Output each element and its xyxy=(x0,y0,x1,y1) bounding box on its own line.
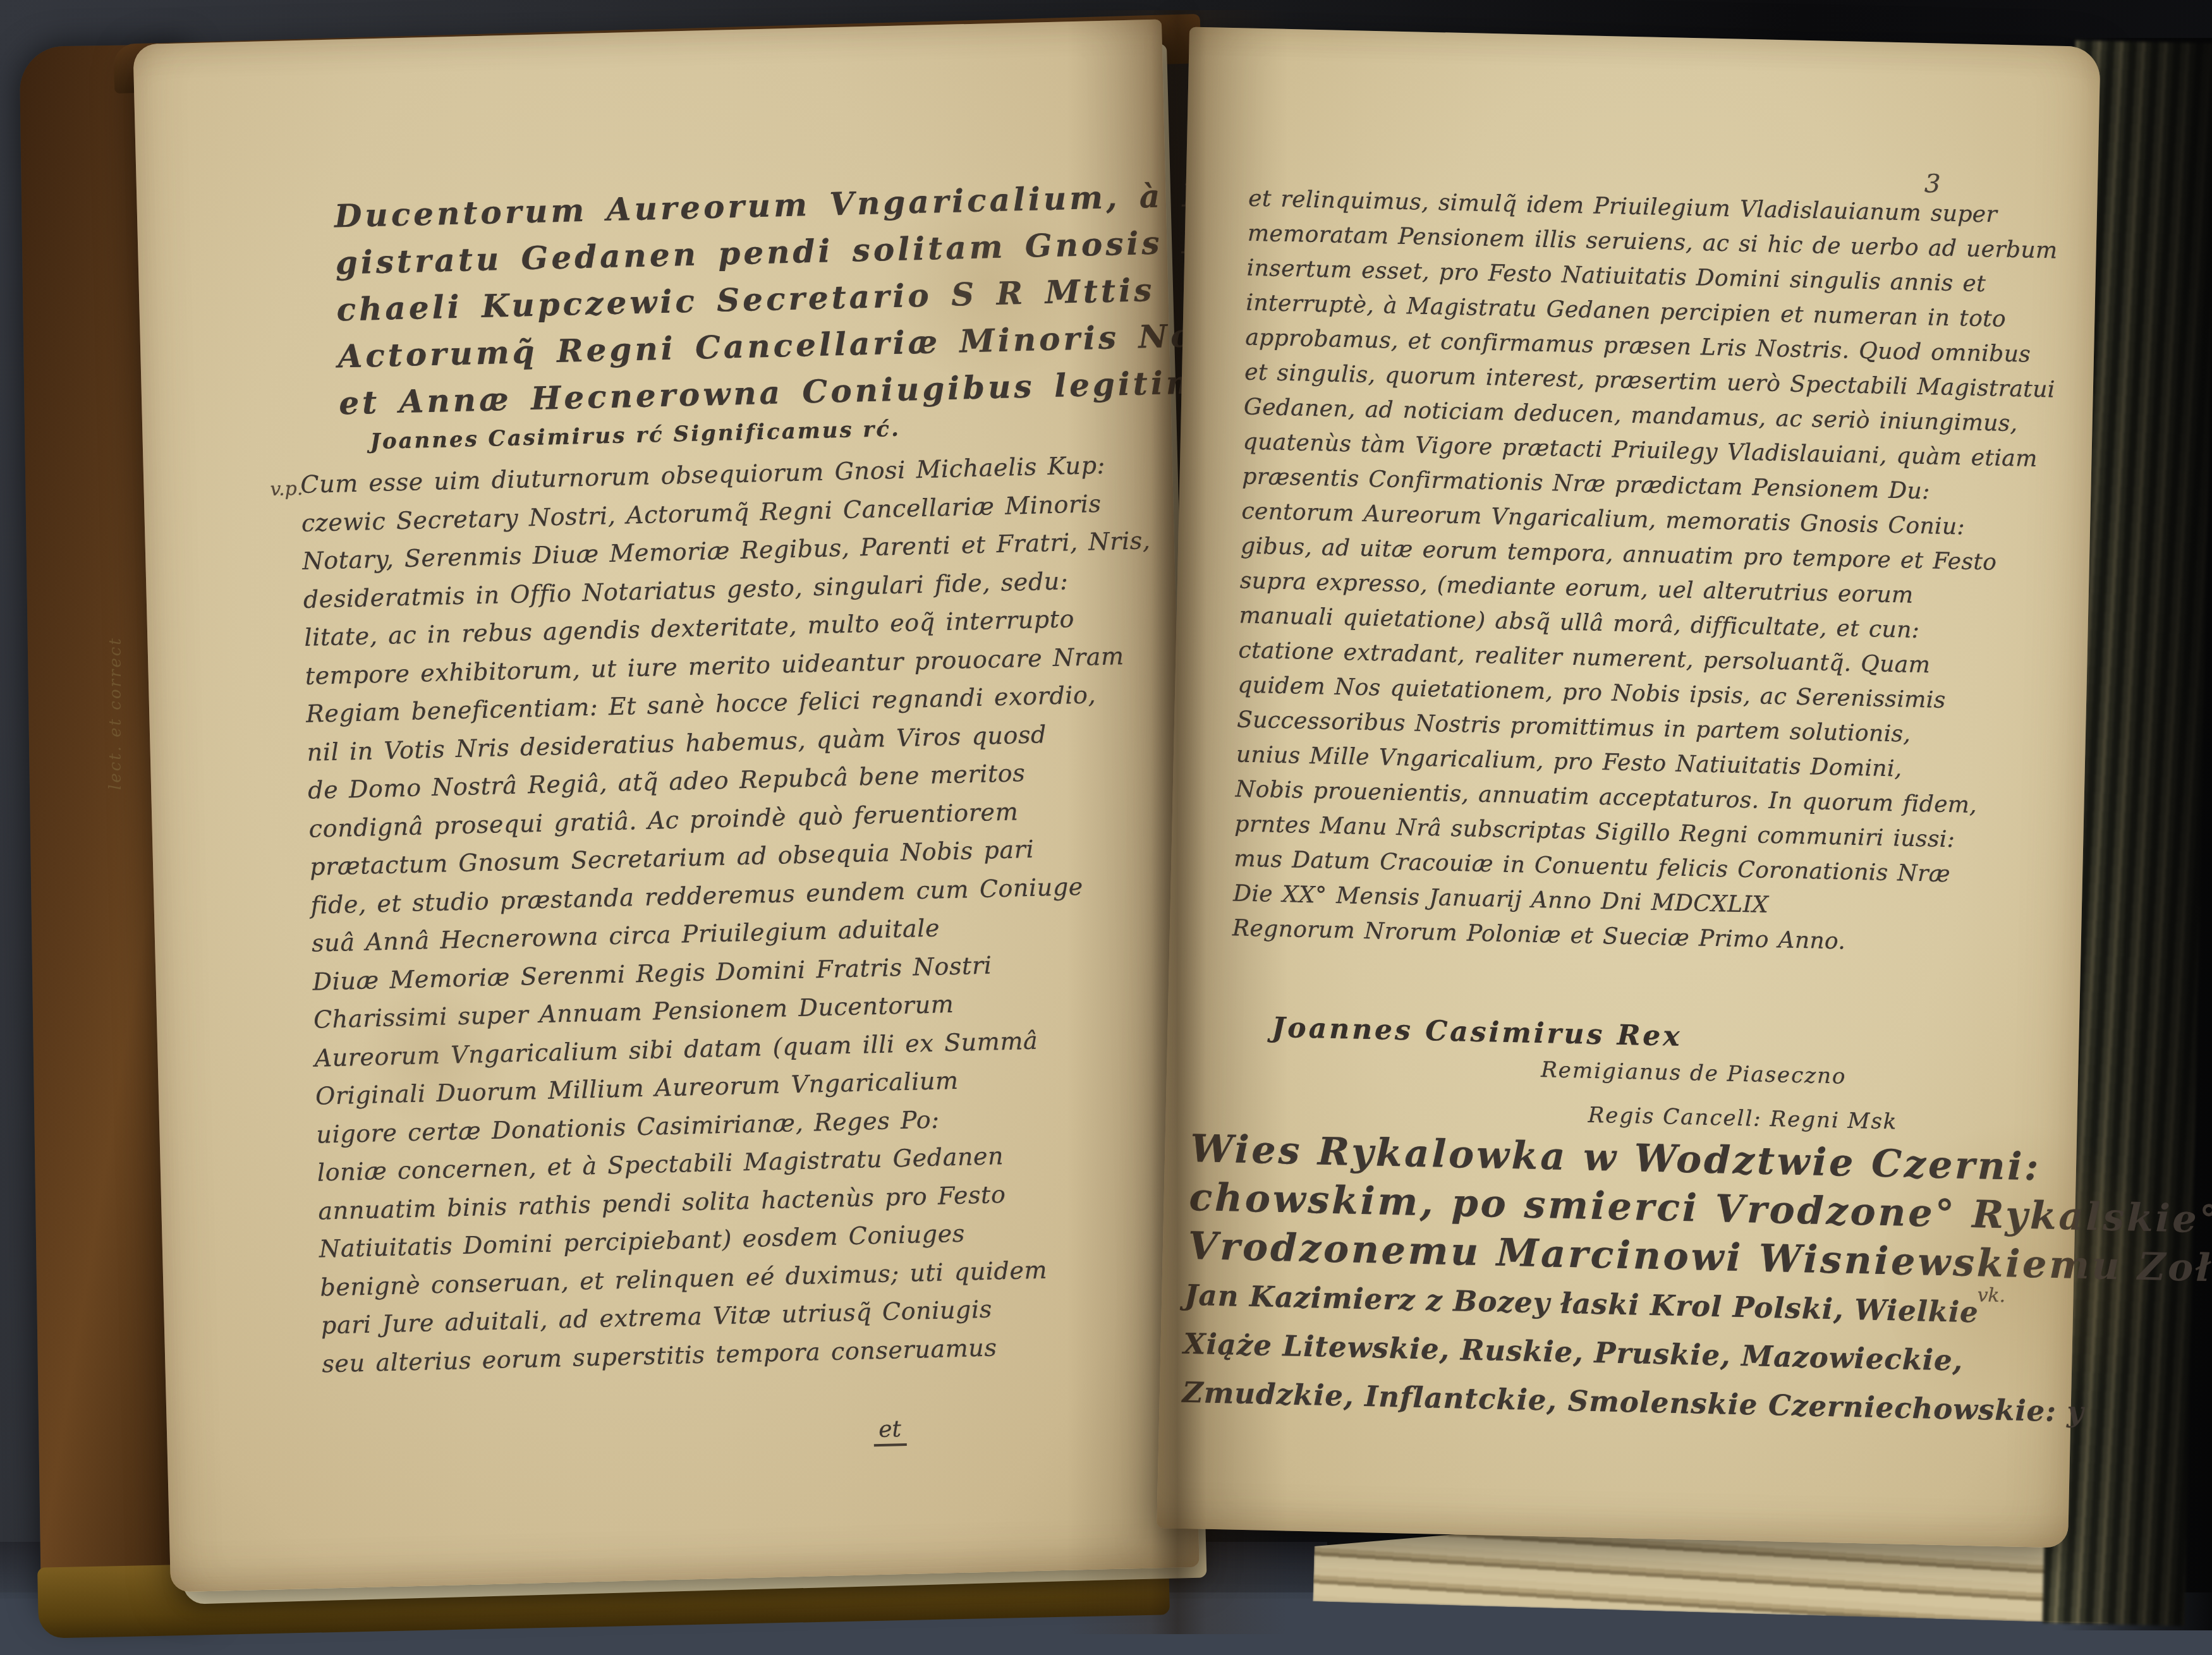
body-line: Gedanen, ad noticiam deducen, mandamus, … xyxy=(1243,390,2055,442)
body-line: de Domo Nostrâ Regiâ, atq̃ adeo Repubcâ … xyxy=(308,751,1157,809)
right-margin-note: vk. xyxy=(1977,1284,2005,1307)
entry-heading-line: Wies Rykalowka w Wodztwie Czerni: xyxy=(1190,1125,2212,1200)
body-line: desideratmis in Offio Notariatus gesto, … xyxy=(303,560,1152,619)
page-number: 3 xyxy=(1924,169,1940,199)
body-line: præsentis Confirmationis Nræ prædictam P… xyxy=(1242,459,2053,512)
body-line: loniæ concernen, et à Spectabili Magistr… xyxy=(317,1133,1166,1192)
heading-line: et Annæ Hecnerowna Coniugibus legitimis xyxy=(338,356,1297,427)
entry-intitulatio: Jan Kazimierz z Bozey łaski Krol Polski,… xyxy=(1182,1271,2087,1436)
heading-line: gistratu Gedanen pendi solitam Gnosis Mi… xyxy=(335,217,1294,287)
body-line: pari Jure aduitali, ad extrema Vitæ utri… xyxy=(320,1286,1170,1345)
body-line: supra expresso, (mediante eorum, uel alt… xyxy=(1239,564,2051,616)
heading-line: Actorumq̃ Regni Cancellariæ Minoris Nota… xyxy=(337,310,1296,380)
body-line: quidem Nos quietationem, pro Nobis ipsis… xyxy=(1237,667,2049,720)
body-line: prntes Manu Nrâ subscriptas Sigillo Regn… xyxy=(1234,806,2046,859)
body-line: litate, ac in rebus agendis dexteritate,… xyxy=(304,598,1153,657)
entry-body-line: Zmudzkie, Inflantckie, Smolenskie Czerni… xyxy=(1182,1368,2084,1436)
body-line: Regnorum Nrorum Poloniæ et Sueciæ Primo … xyxy=(1232,911,2043,963)
entry-body-line: Xiąże Litewskie, Ruskie, Pruskie, Mazowi… xyxy=(1183,1319,2086,1388)
body-line: Diuæ Memoriæ Serenmi Regis Domini Fratri… xyxy=(312,942,1162,1000)
left-page: v.p. Ducentorum Aureorum Vngaricalium, à… xyxy=(133,19,1199,1592)
body-line: uigore certæ Donationis Casimirianæ, Reg… xyxy=(316,1094,1165,1153)
body-line: manuali quietatione) absq̃ ullâ morâ, di… xyxy=(1239,598,2050,650)
intitulatio-line: Joannes Casimirus rć Significamus rć. xyxy=(370,416,901,454)
entry-heading-line: Vrodzonemu Marcinowi Wisniewskiemu Zołni… xyxy=(1188,1222,2212,1297)
body-line: quatenùs tàm Vigore prætacti Priuilegy V… xyxy=(1243,425,2054,477)
body-line: et relinquimus, simulq̃ idem Priuilegium… xyxy=(1248,181,2060,234)
body-line: Natiuitatis Domini percipiebant) eosdem … xyxy=(319,1209,1168,1268)
body-line: nil in Votis Nris desideratius habemus, … xyxy=(307,713,1156,772)
body-line: centorum Aureorum Vngaricalium, memorati… xyxy=(1241,494,2053,547)
body-line: Cum esse uim diuturnorum obsequiorum Gno… xyxy=(300,445,1150,504)
right-page-body-text: et relinquimus, simulq̃ idem Priuilegium… xyxy=(1232,181,2059,964)
body-line: unius Mille Vngaricalium, pro Festo Nati… xyxy=(1236,737,2047,789)
body-line: condignâ prosequi gratiâ. Ac proindè quò… xyxy=(308,789,1158,848)
countersignature-title: Regis Cancell: Regni Msk xyxy=(1588,1103,1898,1135)
body-line: prætactum Gnosum Secretarium ad obsequia… xyxy=(309,827,1158,886)
body-line: approbamus, et confirmamus præsen Lris N… xyxy=(1245,320,2057,373)
entry-heading-line: chowskim, po smierci Vrodzone° Rykalskie… xyxy=(1189,1173,2212,1249)
manuscript-photo: v.p. Ducentorum Aureorum Vngaricalium, à… xyxy=(0,0,2212,1655)
body-line: ctatione extradant, realiter numerent, p… xyxy=(1238,633,2050,685)
body-line: annuatim binis rathis pendi solita hacte… xyxy=(318,1171,1167,1230)
spine-marginalia: lect. et correct xyxy=(106,600,125,790)
left-page-body-text: Cum esse uim diuturnorum obsequiorum Gno… xyxy=(300,445,1171,1383)
body-line: Originali Duorum Millium Aureorum Vngari… xyxy=(315,1057,1164,1115)
heading-line: chaeli Kupczewic Secretario S R Mttis xyxy=(336,263,1295,333)
body-line: seu alterius eorum superstitis tempora c… xyxy=(322,1324,1171,1383)
body-line: memoratam Pensionem illis seruiens, ac s… xyxy=(1247,216,2058,269)
left-page-heading: Ducentorum Aureorum Vngaricalium, à Ma:g… xyxy=(334,170,1297,427)
right-page: 3 et relinquimus, simulq̃ idem Priuilegi… xyxy=(1157,27,2100,1548)
body-line: interruptè, à Magistratu Gedanen percipi… xyxy=(1246,286,2057,338)
entry-heading: Wies Rykalowka w Wodztwie Czerni:chowski… xyxy=(1188,1125,2212,1297)
body-line: Charissimi super Annuam Pensionem Ducent… xyxy=(313,980,1162,1039)
body-line: Notary, Serenmis Diuæ Memoriæ Regibus, P… xyxy=(302,521,1152,580)
body-line: tempore exhibitorum, ut iure merito uide… xyxy=(305,636,1154,695)
body-line: Nobis prouenientis, annuatim acceptaturo… xyxy=(1235,772,2046,824)
entry-body-line: Jan Kazimierz z Bozey łaski Krol Polski,… xyxy=(1184,1271,2086,1339)
body-line: Regiam beneficentiam: Et sanè hocce feli… xyxy=(306,674,1155,733)
body-line: Successoribus Nostris promittimus in par… xyxy=(1237,702,2048,755)
heading-line: Ducentorum Aureorum Vngaricalium, à Ma: xyxy=(334,170,1292,240)
royal-signature: Joannes Casimirus Rex xyxy=(1272,1012,1682,1053)
body-line: gibus, ad uitæ eorum tempora, annuatim p… xyxy=(1241,529,2052,581)
body-line: fide, et studio præstanda redderemus eun… xyxy=(310,865,1160,924)
body-line: czewic Secretary Nostri, Actorumq̃ Regni… xyxy=(301,483,1150,542)
body-line: Aureorum Vngaricalium sibi datam (quam i… xyxy=(314,1018,1164,1077)
body-line: suâ Annâ Hecnerowna circa Priuilegium ad… xyxy=(311,904,1160,962)
body-line: Die XX° Mensis Januarij Anno Dni MDCXLIX xyxy=(1233,876,2045,928)
catchword: et xyxy=(873,1416,907,1446)
body-line: benignè conseruan, et relinquen eé duxim… xyxy=(320,1247,1169,1306)
left-margin-note: v.p. xyxy=(270,478,303,500)
body-line: mus Datum Cracouiæ in Conuentu felicis C… xyxy=(1234,841,2045,894)
body-line: et singulis, quorum interest, præsertim … xyxy=(1244,355,2056,408)
countersignature-name: Remigianus de Piaseczno xyxy=(1541,1057,1847,1089)
body-line: insertum esset, pro Festo Natiuitatis Do… xyxy=(1246,251,2058,303)
